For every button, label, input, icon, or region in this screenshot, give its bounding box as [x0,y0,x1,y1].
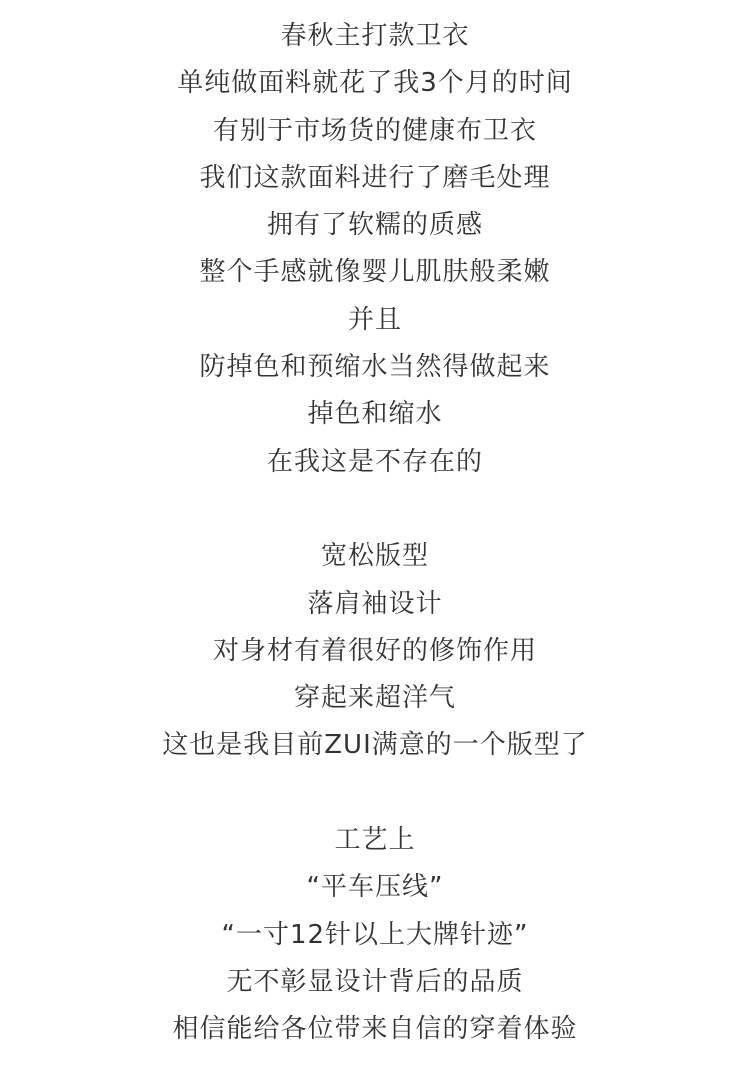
text-line: 落肩袖设计 [0,581,750,628]
text-line: “平车压线” [0,864,750,911]
text-line: 春秋主打款卫衣 [0,13,750,60]
text-line: 相信能给各位带来自信的穿着体验 [0,1006,750,1053]
text-line: 防掉色和预缩水当然得做起来 [0,344,750,391]
fit-section: 宽松版型 落肩袖设计 对身材有着很好的修饰作用 穿起来超洋气 这也是我目前ZUI… [0,533,750,769]
text-line: 对身材有着很好的修饰作用 [0,628,750,675]
text-line: 在我这是不存在的 [0,439,750,486]
text-line: 这也是我目前ZUI满意的一个版型了 [0,722,750,769]
text-line: 穿起来超洋气 [0,675,750,722]
craft-section: 工艺上 “平车压线” “一寸12针以上大牌针迹” 无不彰显设计背后的品质 相信能… [0,817,750,1053]
text-line: 整个手感就像婴儿肌肤般柔嫩 [0,249,750,296]
text-line: 掉色和缩水 [0,391,750,438]
text-line: “一寸12针以上大牌针迹” [0,912,750,959]
section-spacer [0,770,750,817]
section-spacer [0,486,750,533]
text-line: 拥有了软糯的质感 [0,202,750,249]
text-line: 我们这款面料进行了磨毛处理 [0,155,750,202]
text-line: 工艺上 [0,817,750,864]
text-line: 宽松版型 [0,533,750,580]
product-description: 春秋主打款卫衣 单纯做面料就花了我3个月的时间 有别于市场货的健康布卫衣 我们这… [0,0,750,1054]
text-line: 单纯做面料就花了我3个月的时间 [0,60,750,107]
text-line: 并且 [0,297,750,344]
text-line: 有别于市场货的健康布卫衣 [0,108,750,155]
text-line: 无不彰显设计背后的品质 [0,959,750,1006]
fabric-section: 春秋主打款卫衣 单纯做面料就花了我3个月的时间 有别于市场货的健康布卫衣 我们这… [0,13,750,486]
